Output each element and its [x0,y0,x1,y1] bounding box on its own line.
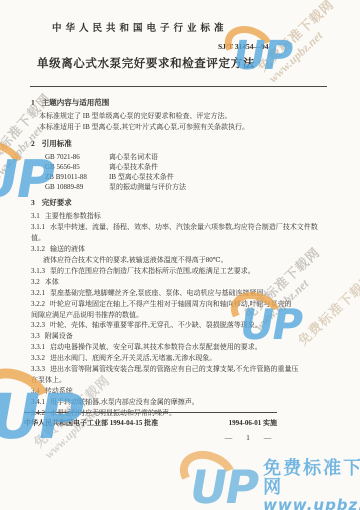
clause-3-2-1: 3.2.1泵座基础完整,地脚螺丝齐全,泵底座、泵体、电动机应与基础连接紧固。 [31,288,323,299]
reference-code: ZB B91011-88 [45,172,109,182]
section-3-heading: 3完好要求 [31,198,323,209]
clause-text: 液体应符合技术文件的要求,被输送液体温度不得高于80℃。 [43,256,228,264]
page-number: — 1 — [214,433,284,442]
scanned-standard-document-page: 中华人民共和国电子行业标准 SJ/T 31454—94 单级离心式水泵完好要求和… [0,0,360,510]
reference-name: IB 型离心泵技术条件 [109,173,174,181]
reference-name: 离心泵技术条件 [109,163,158,171]
clause-number: 3.3.3 [31,364,45,375]
clause-text: 启动电器操作灵敏、安全可靠,其技术参数符合水泵配套使用的要求。 [50,343,262,351]
clause-number: 3.3.2 [31,353,45,364]
clause-text: 进出水管等附属管线安装合理,泵的管路应有自己的支撑支架,不允许管路的重量压 [50,365,299,373]
clause-3-1-2-subparagraph: 液体应符合技术文件的要求,被输送液体温度不得高于80℃。 [31,255,323,266]
clause-number: 3.2 [31,277,40,288]
clause-text: 进出水阀门、底阀齐全,开关灵活,无堵塞,无渗水现象。 [50,354,216,362]
clause-text: 叶轮应可靠地固定在轴上,不得产生相对于轴圆周方向和轴向移动,叶轮与泵壳的 [50,300,292,308]
upbz-logo-icon: UP [190,460,257,510]
clause-3-2-3: 3.2.3叶轮、壳体、轴承等重要零部件,无穿孔、不少缺、裂损脱落等现象。 [31,320,323,331]
clause-3-1-3: 3.1.3泵的工作范围应符合制造厂技术指标所示范围,或能满足工艺要求。 [31,266,323,277]
clause-text: 主要性能参数指标 [45,212,101,220]
upbz-brand-watermark: UP 免费标准下载网 www.upbz.net [190,460,360,510]
implementation-date: 1994-06-01 实施 [229,418,277,428]
reference-code: GB 5656-85 [45,162,109,172]
referenced-standards-list: GB 7021-86离心泵名词术语 GB 5656-85离心泵技术条件 ZB B… [45,152,323,193]
section-2-heading: 2引用标准 [31,139,323,150]
clause-number: 3.1.1 [31,222,45,233]
clause-3-1: 3.1主要性能参数指标 [31,211,323,222]
watermark-site-url: www.upbz.net [266,8,348,86]
logo-letters: UP [186,464,261,510]
clause-number: 3.4.1 [31,397,45,408]
clause-text: 用手转动联轴器,水泵内部应没有金属的摩擦声。 [50,398,199,406]
clause-3-1-2: 3.1.2输送的液体 [31,244,323,255]
clause-number: 3.1.3 [31,266,45,277]
clause-3-3-3-continuation: 在泵体上。 [31,375,323,386]
section-number: 2 [31,139,35,150]
document-title: 单级离心式水泵完好要求和检查评定方法 [37,55,255,71]
clause-3-3-3: 3.3.3进出水管等附属管线安装合理,泵的管路应有自己的支撑支架,不允许管路的重… [31,364,323,375]
document-body: 1主题内容与适用范围 本标准规定了 IB 型单级离心泵的完好要求和检查、评定方法… [31,95,323,419]
clause-text: 附属设备 [45,332,73,340]
paragraph: 本标准适用于 IB 型离心泵,其它叶片式离心泵,可参照有关条款执行。 [31,122,323,133]
clause-number: 3.2.3 [31,320,45,331]
paragraph: 本标准规定了 IB 型单级离心泵的完好要求和检查、评定方法。 [31,111,323,122]
approval-note: 中华人民共和国电子工业部 1994-04-15 批准 [24,418,158,428]
clause-number: 3.2.2 [31,299,45,310]
clause-text: 泵座基础完整,地脚螺丝齐全,泵底座、泵体、电动机应与基础连接紧固。 [50,289,271,297]
footer-divider-line [24,412,277,413]
clause-3-4-2: 3.4.2水泵运行时应无明显振动和异常的噪声。 [31,408,323,419]
standard-type-heading: 中华人民共和国电子行业标准 [52,20,228,34]
section-title: 完好要求 [42,198,72,207]
clause-3-3-1: 3.3.1启动电器操作灵敏、安全可靠,其技术参数符合水泵配套使用的要求。 [31,342,323,353]
reference-item: GB 10889-89泵的振动测量与评价方法 [45,182,323,192]
brand-site-url: www.upbz.net [263,498,360,510]
clause-text: 输送的液体 [50,245,85,253]
section-number: 1 [31,98,35,109]
clause-3-4-1: 3.4.1用手转动联轴器,水泵内部应没有金属的摩擦声。 [31,397,323,408]
watermark-site-name: 免费标准下载网 [253,0,338,75]
section-title: 主题内容与适用范围 [42,98,110,107]
clause-3-3: 3.3附属设备 [31,331,323,342]
clause-3-4: 3.4转动系统 [31,386,323,397]
clause-3-2-2-continuation: 间隙应满足产品说明书推荐的数值。 [31,310,323,321]
section-title: 引用标准 [42,139,72,148]
clause-text: 叶轮、壳体、轴承等重要零部件,无穿孔、不少缺、裂损脱落等现象。 [50,321,262,329]
clause-text: 本体 [45,278,59,286]
clause-number: 3.3.1 [31,342,45,353]
brand-text: 免费标准下载网 www.upbz.net [263,460,360,510]
reference-code: GB 7021-86 [45,152,109,162]
reference-name: 离心泵名词术语 [109,153,158,161]
clause-text: 泵的工作范围应符合制造厂技术指标所示范围,或能满足工艺要求。 [50,267,255,275]
logo-swoosh-icon [173,443,243,505]
clause-number: 3.4.2 [31,408,45,419]
clause-number: 3.3 [31,331,40,342]
section-1-heading: 1主题内容与适用范围 [31,98,323,109]
clause-number: 3.1 [31,211,40,222]
reference-item: GB 7021-86离心泵名词术语 [45,152,323,162]
section-number: 3 [31,198,35,209]
clause-number: 3.1.2 [31,244,45,255]
clause-3-1-1-continuation: 值。 [31,233,323,244]
clause-3-2: 3.2本体 [31,277,323,288]
brand-site-name: 免费标准下载网 [263,460,360,498]
clause-3-2-2: 3.2.2叶轮应可靠地固定在轴上,不得产生相对于轴圆周方向和轴向移动,叶轮与泵壳… [31,299,323,310]
clause-text: 水泵中转速、流量、扬程、效率、功率、汽蚀余量六项参数,均应符合制造厂技术文件数 [50,223,318,231]
clause-text: 转动系统 [45,387,73,395]
clause-3-3-2: 3.3.2进出水阀门、底阀齐全,开关灵活,无堵塞,无渗水现象。 [31,353,323,364]
reference-code: GB 10889-89 [45,182,109,192]
reference-item: GB 5656-85离心泵技术条件 [45,162,323,172]
header-divider-line [30,86,327,87]
clause-number: 3.2.1 [31,288,45,299]
clause-3-1-1: 3.1.1水泵中转速、流量、扬程、效率、功率、汽蚀余量六项参数,均应符合制造厂技… [31,222,323,233]
standard-number: SJ/T 31454—94 [218,42,269,51]
footer: 中华人民共和国电子工业部 1994-04-15 批准 1994-06-01 实施 [24,418,277,428]
logo-swoosh-icon [0,132,31,197]
reference-item: ZB B91011-88IB 型离心泵技术条件 [45,172,323,182]
reference-name: 泵的振动测量与评价方法 [109,183,186,191]
clause-number: 3.4 [31,386,40,397]
